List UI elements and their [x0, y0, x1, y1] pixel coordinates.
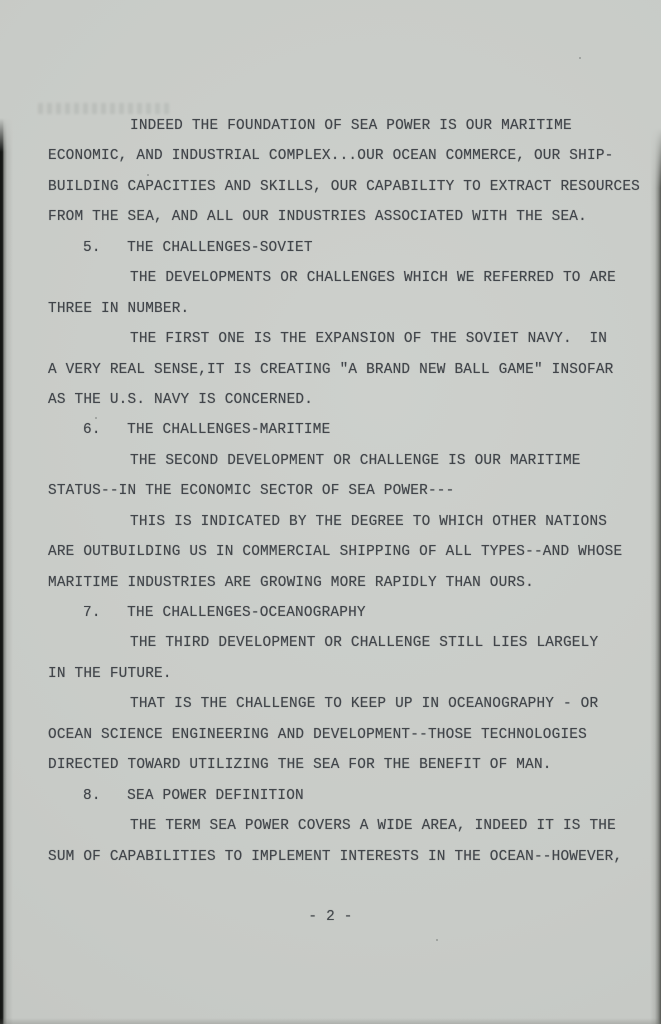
dust-speck: [95, 417, 97, 419]
section-heading: 6. THE CHALLENGES-MARITIME: [48, 415, 648, 445]
text-line: STATUS--IN THE ECONOMIC SECTOR OF SEA PO…: [48, 476, 648, 506]
scanned-page: INDEED THE FOUNDATION OF SEA POWER IS OU…: [0, 0, 661, 1024]
text-line: THE SECOND DEVELOPMENT OR CHALLENGE IS O…: [48, 446, 648, 476]
text-line: BUILDING CAPACITIES AND SKILLS, OUR CAPA…: [48, 172, 648, 202]
text-line: INDEED THE FOUNDATION OF SEA POWER IS OU…: [48, 111, 648, 141]
text-line: THE TERM SEA POWER COVERS A WIDE AREA, I…: [48, 811, 648, 841]
section-heading: 8. SEA POWER DEFINITION: [48, 781, 648, 811]
document-text: INDEED THE FOUNDATION OF SEA POWER IS OU…: [48, 111, 648, 872]
text-line: THE DEVELOPMENTS OR CHALLENGES WHICH WE …: [48, 263, 648, 293]
scan-edge-left: [0, 118, 13, 1024]
scan-edge-bottom: [0, 1018, 661, 1024]
text-line: DIRECTED TOWARD UTILIZING THE SEA FOR TH…: [48, 750, 648, 780]
text-line: SUM OF CAPABILITIES TO IMPLEMENT INTERES…: [48, 842, 648, 872]
section-heading: 5. THE CHALLENGES-SOVIET: [48, 233, 648, 263]
page-number: - 2 -: [0, 902, 661, 932]
text-line: THIS IS INDICATED BY THE DEGREE TO WHICH…: [48, 507, 648, 537]
text-line: THREE IN NUMBER.: [48, 294, 648, 324]
text-line: THE THIRD DEVELOPMENT OR CHALLENGE STILL…: [48, 628, 648, 658]
text-line: IN THE FUTURE.: [48, 659, 648, 689]
dust-speck: [436, 939, 438, 941]
dust-speck: [579, 57, 581, 59]
text-line: AS THE U.S. NAVY IS CONCERNED.: [48, 385, 648, 415]
text-line: OCEAN SCIENCE ENGINEERING AND DEVELOPMEN…: [48, 720, 648, 750]
text-line: ARE OUTBUILDING US IN COMMERCIAL SHIPPIN…: [48, 537, 648, 567]
text-line: FROM THE SEA, AND ALL OUR INDUSTRIES ASS…: [48, 202, 648, 232]
section-heading: 7. THE CHALLENGES-OCEANOGRAPHY: [48, 598, 648, 628]
text-line: MARITIME INDUSTRIES ARE GROWING MORE RAP…: [48, 568, 648, 598]
dust-speck: [147, 174, 149, 176]
text-line: ECONOMIC, AND INDUSTRIAL COMPLEX...OUR O…: [48, 141, 648, 171]
text-line: THE FIRST ONE IS THE EXPANSION OF THE SO…: [48, 324, 648, 354]
scan-edge-right: [650, 128, 661, 1024]
text-line: THAT IS THE CHALLENGE TO KEEP UP IN OCEA…: [48, 689, 648, 719]
text-line: A VERY REAL SENSE,IT IS CREATING "A BRAN…: [48, 355, 648, 385]
